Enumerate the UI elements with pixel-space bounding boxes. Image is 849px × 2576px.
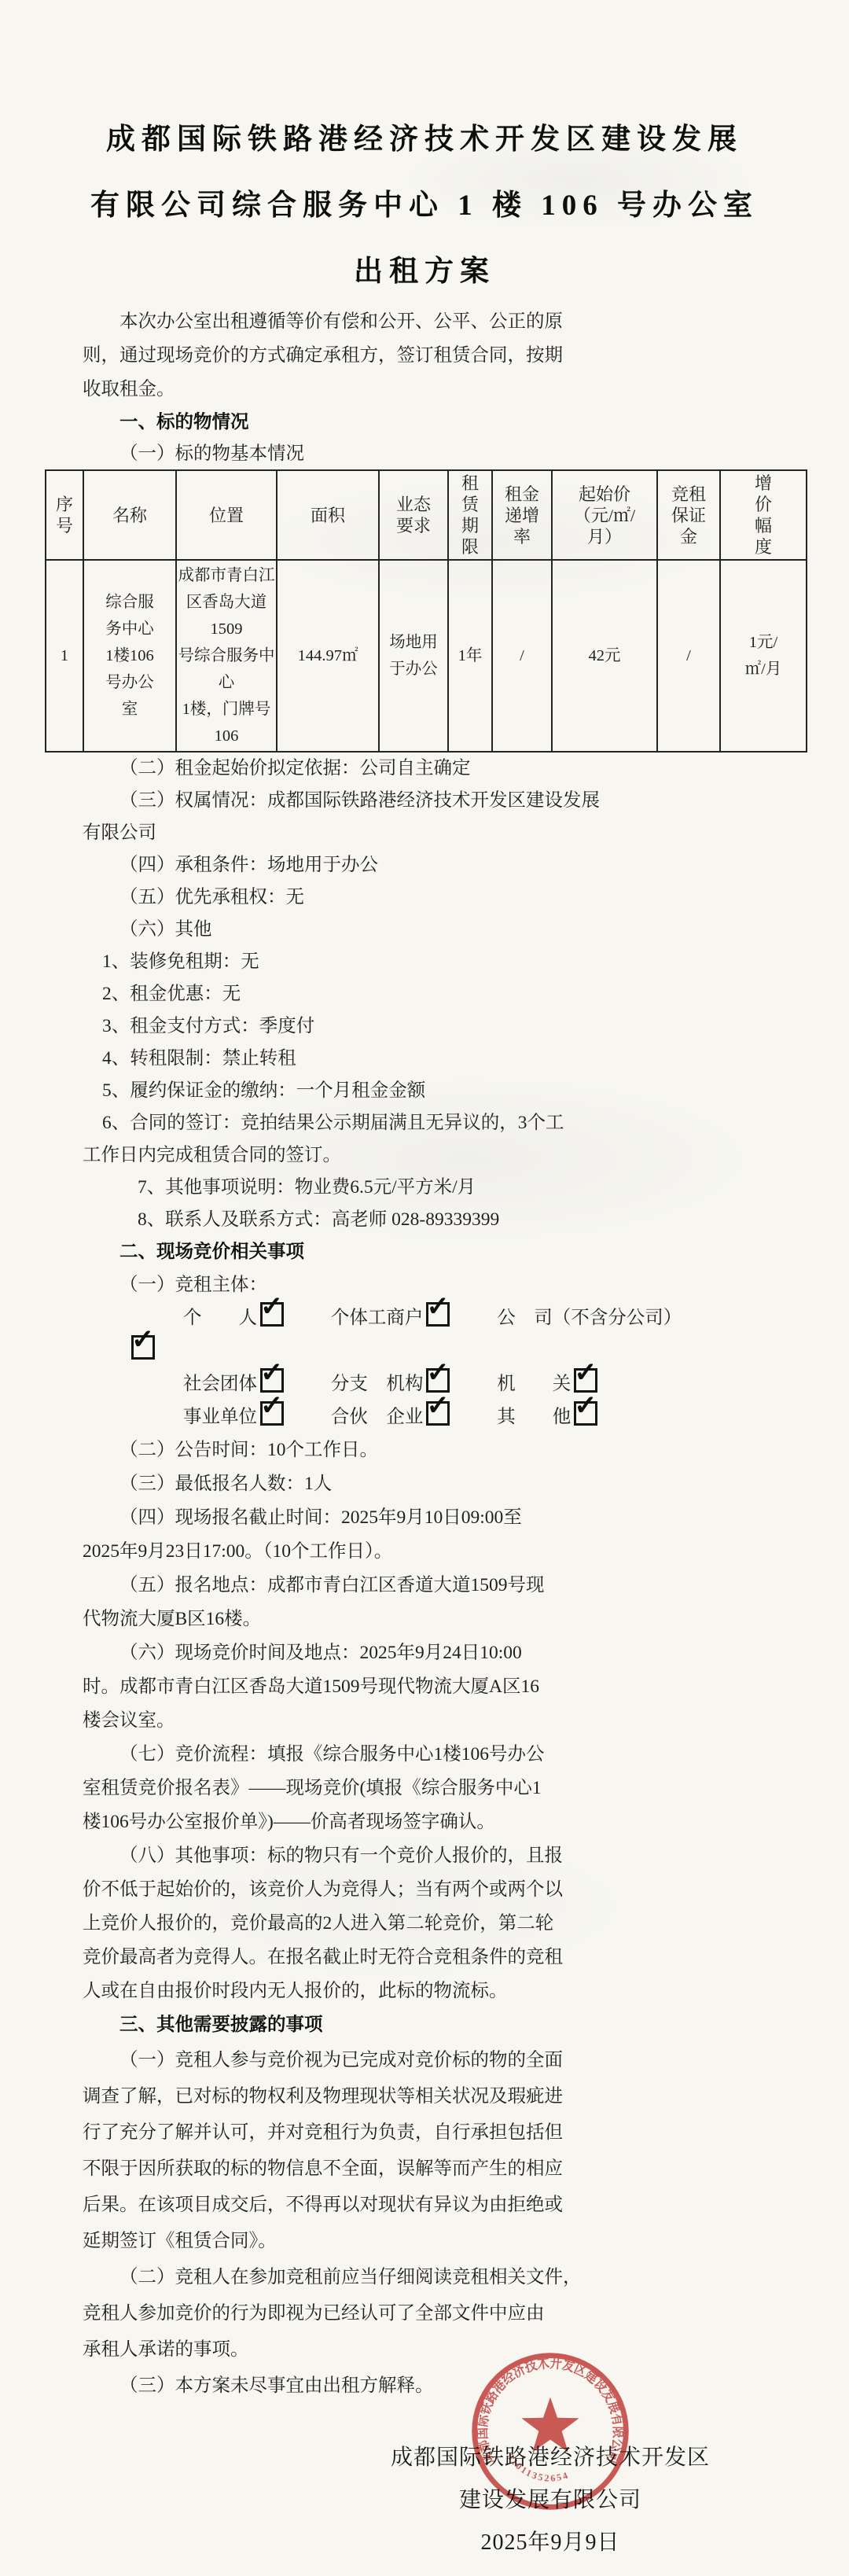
checked-checkbox-icon: ✓ xyxy=(574,1401,597,1426)
checked-checkbox-icon: ✓ xyxy=(426,1368,450,1393)
star-icon xyxy=(521,2398,579,2453)
doc-line: 7、其他事项说明：物业费6.5元/平方米/月 xyxy=(83,1172,766,1204)
doc-line: 人或在自由报价时段内无人报价的，此标的物流标。 xyxy=(83,1974,766,2008)
doc-line: 行了充分了解并认可，并对竞租行为负责，自行承担包括但 xyxy=(83,2114,766,2151)
intro-line: 收取租金。 xyxy=(83,373,766,407)
bidder-type-row: 社会团体✓ 分支 机构✓ 机 关✓ xyxy=(83,1367,766,1400)
doc-line: 工作日内完成租赁合同的签订。 xyxy=(83,1139,766,1172)
section2-heading: 二、现场竞价相关事项 xyxy=(83,1236,766,1268)
bidder-type-sole-proprietor: 个体工商户✓ xyxy=(331,1308,450,1328)
doc-line: 室租赁竞价报名表》——现场竞价(填报《综合服务中心1 xyxy=(83,1772,766,1805)
col-header-bid-deposit: 竞租 保证 金 xyxy=(657,470,720,560)
signature-date: 2025年9月9日 xyxy=(362,2522,739,2564)
intro-line: 本次办公室出租遵循等价有偿和公开、公平、公正的原 xyxy=(83,305,766,339)
checked-checkbox-icon: ✓ xyxy=(131,1335,155,1360)
check-icon: ✓ xyxy=(426,1293,449,1320)
doc-line: （二）租金起始价拟定依据：公司自主确定 xyxy=(83,753,766,785)
doc-line: 调查了解，已对标的物权利及物理现状等相关状况及瑕疵进 xyxy=(83,2078,766,2114)
cell-name: 综合服 务中心 1楼106 号办公 室 xyxy=(83,560,176,752)
cell-business-requirement: 场地用 于办公 xyxy=(379,560,448,752)
bidder-type-company: 公 司（不含分公司） xyxy=(497,1308,682,1328)
bidder-type-label: 个体工商户 xyxy=(331,1308,424,1328)
doc-line: 楼106号办公室报价单》)——价高者现场签字确认。 xyxy=(83,1805,766,1839)
bidder-type-label: 个 人 xyxy=(183,1308,257,1328)
doc-line: （四）承租条件：场地用于办公 xyxy=(83,849,766,881)
doc-line: （八）其他事项：标的物只有一个竞价人报价的，且报 xyxy=(83,1839,766,1873)
doc-line: （三）最低报名人数：1人 xyxy=(83,1467,766,1501)
doc-line: 2、租金优惠：无 xyxy=(83,978,766,1010)
doc-line: 8、联系人及联系方式：高老师 028-89339399 xyxy=(83,1204,766,1236)
doc-line: 后果。在该项目成交后，不得再以对现状有异议为由拒绝或 xyxy=(83,2187,766,2223)
doc-line: （二）公告时间：10个工作日。 xyxy=(83,1433,766,1467)
doc-line: （七）竞价流程：填报《综合服务中心1楼106号办公 xyxy=(83,1738,766,1772)
doc-line: 6、合同的签订：竞拍结果公示期届满且无异议的，3个工 xyxy=(83,1107,766,1139)
doc-line: （五）优先承租权：无 xyxy=(83,881,766,914)
check-icon: ✓ xyxy=(574,1359,597,1386)
doc-line: （六）其他 xyxy=(83,914,766,946)
check-icon: ✓ xyxy=(426,1392,449,1419)
bidder-type-label: 社会团体 xyxy=(183,1374,257,1394)
doc-line: 竞价最高者为竞得人。在报名截止时无符合竞租条件的竞租 xyxy=(83,1941,766,1974)
bidder-type-other: 其 他✓ xyxy=(497,1407,597,1427)
doc-line: （四）现场报名截止时间：2025年9月10日09:00至 xyxy=(83,1501,766,1535)
doc-line: 4、转租限制：禁止转租 xyxy=(83,1043,766,1075)
title-line: 有限公司综合服务中心 1 楼 106 号办公室 xyxy=(0,173,849,239)
bidder-subject-label: （一）竞租主体： xyxy=(83,1268,766,1301)
check-icon: ✓ xyxy=(426,1359,449,1386)
stamp-serial-number: 51011352654 xyxy=(505,2452,571,2484)
check-icon: ✓ xyxy=(260,1392,283,1419)
bidder-type-label: 事业单位 xyxy=(183,1407,257,1427)
bidder-type-label: 其 他 xyxy=(497,1407,571,1427)
doc-line: 代物流大厦B区16楼。 xyxy=(83,1603,766,1636)
bidder-type-row: 个 人✓ 个体工商户✓ 公 司（不含分公司） xyxy=(83,1301,766,1334)
doc-line: （一）竞租人参与竞价视为已完成对竞价标的物的全面 xyxy=(83,2042,766,2078)
cell-rent-increase-rate: / xyxy=(492,560,552,752)
bidder-type-row-continuation: ✓ xyxy=(83,1334,766,1367)
bidder-type-row: 事业单位✓ 合伙 企业✓ 其 他✓ xyxy=(83,1400,766,1433)
doc-line: 1、装修免租期：无 xyxy=(83,946,766,978)
checked-checkbox-icon: ✓ xyxy=(426,1401,450,1426)
bidder-type-individual: 个 人✓ xyxy=(183,1308,284,1328)
col-header-starting-price: 起始价 （元/㎡/ 月） xyxy=(552,470,657,560)
cell-bid-deposit: / xyxy=(657,560,720,752)
bidder-type-partnership: 合伙 企业✓ xyxy=(331,1407,450,1427)
title-line: 成都国际铁路港经济技术开发区建设发展 xyxy=(0,107,849,173)
cell-lease-term: 1年 xyxy=(448,560,492,752)
table-data-row: 1 综合服 务中心 1楼106 号办公 室 成都市青白江 区香岛大道1509 号… xyxy=(46,560,807,752)
checked-checkbox-icon: ✓ xyxy=(260,1368,284,1393)
col-header-increment: 增 价 幅 度 xyxy=(720,470,807,560)
bidder-type-label: 合伙 企业 xyxy=(331,1407,424,1427)
intro-line: 则，通过现场竞价的方式确定承租方，签订租赁合同，按期 xyxy=(83,339,766,373)
section3-heading: 三、其他需要披露的事项 xyxy=(83,2008,766,2042)
bidder-type-label: 分支 机构 xyxy=(331,1374,424,1394)
doc-line: 3、租金支付方式：季度付 xyxy=(83,1010,766,1043)
bidder-type-label: 机 关 xyxy=(497,1374,571,1394)
cell-area: 144.97㎡ xyxy=(277,560,379,752)
col-header-business-requirement: 业态 要求 xyxy=(379,470,448,560)
checked-checkbox-icon: ✓ xyxy=(260,1302,284,1327)
cell-starting-price: 42元 xyxy=(552,560,657,752)
section1-heading: 一、标的物情况 xyxy=(83,407,766,438)
check-icon: ✓ xyxy=(260,1359,283,1386)
table-header-row: 序 号 名称 位置 面积 业态 要求 租 赁 期 限 租金 递增 率 起始价 （… xyxy=(46,470,807,560)
document-content: 成都国际铁路港经济技术开发区建设发展 有限公司综合服务中心 1 楼 106 号办… xyxy=(83,0,766,2564)
doc-line: 5、履约保证金的缴纳：一个月租金金额 xyxy=(83,1075,766,1107)
document-page: 成都国际铁路港经济技术开发区建设发展 有限公司综合服务中心 1 楼 106 号办… xyxy=(0,0,849,2576)
doc-line: 时。成都市青白江区香岛大道1509号现代物流大厦A区16 xyxy=(83,1670,766,1704)
cell-seq: 1 xyxy=(46,560,83,752)
doc-line: 价不低于起始价的，该竞价人为竞得人；当有两个或两个以 xyxy=(83,1873,766,1907)
section1-sub-heading: （一）标的物基本情况 xyxy=(83,438,766,469)
checked-checkbox-icon: ✓ xyxy=(426,1302,450,1327)
col-header-area: 面积 xyxy=(277,470,379,560)
doc-line: （二）竞租人在参加竞租前应当仔细阅读竞租相关文件， xyxy=(83,2259,766,2295)
col-header-lease-term: 租 赁 期 限 xyxy=(448,470,492,560)
col-header-seq: 序 号 xyxy=(46,470,83,560)
doc-line: （三）权属情况：成都国际铁路港经济技术开发区建设发展 xyxy=(83,785,766,817)
doc-line: 2025年9月23日17:00。（10个工作日）。 xyxy=(83,1535,766,1569)
col-header-rent-increase-rate: 租金 递增 率 xyxy=(492,470,552,560)
check-icon: ✓ xyxy=(131,1326,154,1353)
doc-line: （五）报名地点：成都市青白江区香道大道1509号现 xyxy=(83,1569,766,1603)
cell-location: 成都市青白江 区香岛大道1509 号综合服务中心 1楼，门牌号 106 xyxy=(176,560,277,752)
subject-table: 序 号 名称 位置 面积 业态 要求 租 赁 期 限 租金 递增 率 起始价 （… xyxy=(45,469,807,753)
doc-line: 延期签订《租赁合同》。 xyxy=(83,2223,766,2259)
check-icon: ✓ xyxy=(574,1392,597,1419)
doc-line: 竞租人参加竞价的行为即视为已经认可了全部文件中应由 xyxy=(83,2295,766,2331)
bidder-type-label: 公 司（不含分公司） xyxy=(497,1308,682,1328)
checked-checkbox-icon: ✓ xyxy=(260,1401,284,1426)
doc-line: 楼会议室。 xyxy=(83,1704,766,1738)
col-header-location: 位置 xyxy=(176,470,277,560)
document-title: 成都国际铁路港经济技术开发区建设发展 有限公司综合服务中心 1 楼 106 号办… xyxy=(0,0,849,305)
checked-checkbox-icon: ✓ xyxy=(574,1368,597,1393)
doc-line: 不限于因所获取的标的物信息不全面，误解等而产生的相应 xyxy=(83,2151,766,2187)
cell-increment: 1元/ ㎡/月 xyxy=(720,560,807,752)
company-seal-stamp: 成都国际铁路港经济技术开发区建设发展有限公司 51011352654 xyxy=(467,2346,634,2516)
doc-line: 有限公司 xyxy=(83,817,766,849)
title-line: 出租方案 xyxy=(0,239,849,305)
doc-line: 上竞价人报价的，竞价最高的2人进入第二轮竞价，第二轮 xyxy=(83,1907,766,1941)
check-icon: ✓ xyxy=(260,1293,283,1320)
bidder-type-public-institution: 事业单位✓ xyxy=(183,1407,284,1427)
col-header-name: 名称 xyxy=(83,470,176,560)
doc-line: 承租人承诺的事项。 xyxy=(83,2331,766,2368)
doc-line: （三）本方案未尽事宜由出租方解释。 xyxy=(83,2368,766,2404)
doc-line: （六）现场竞价时间及地点：2025年9月24日10:00 xyxy=(83,1636,766,1670)
